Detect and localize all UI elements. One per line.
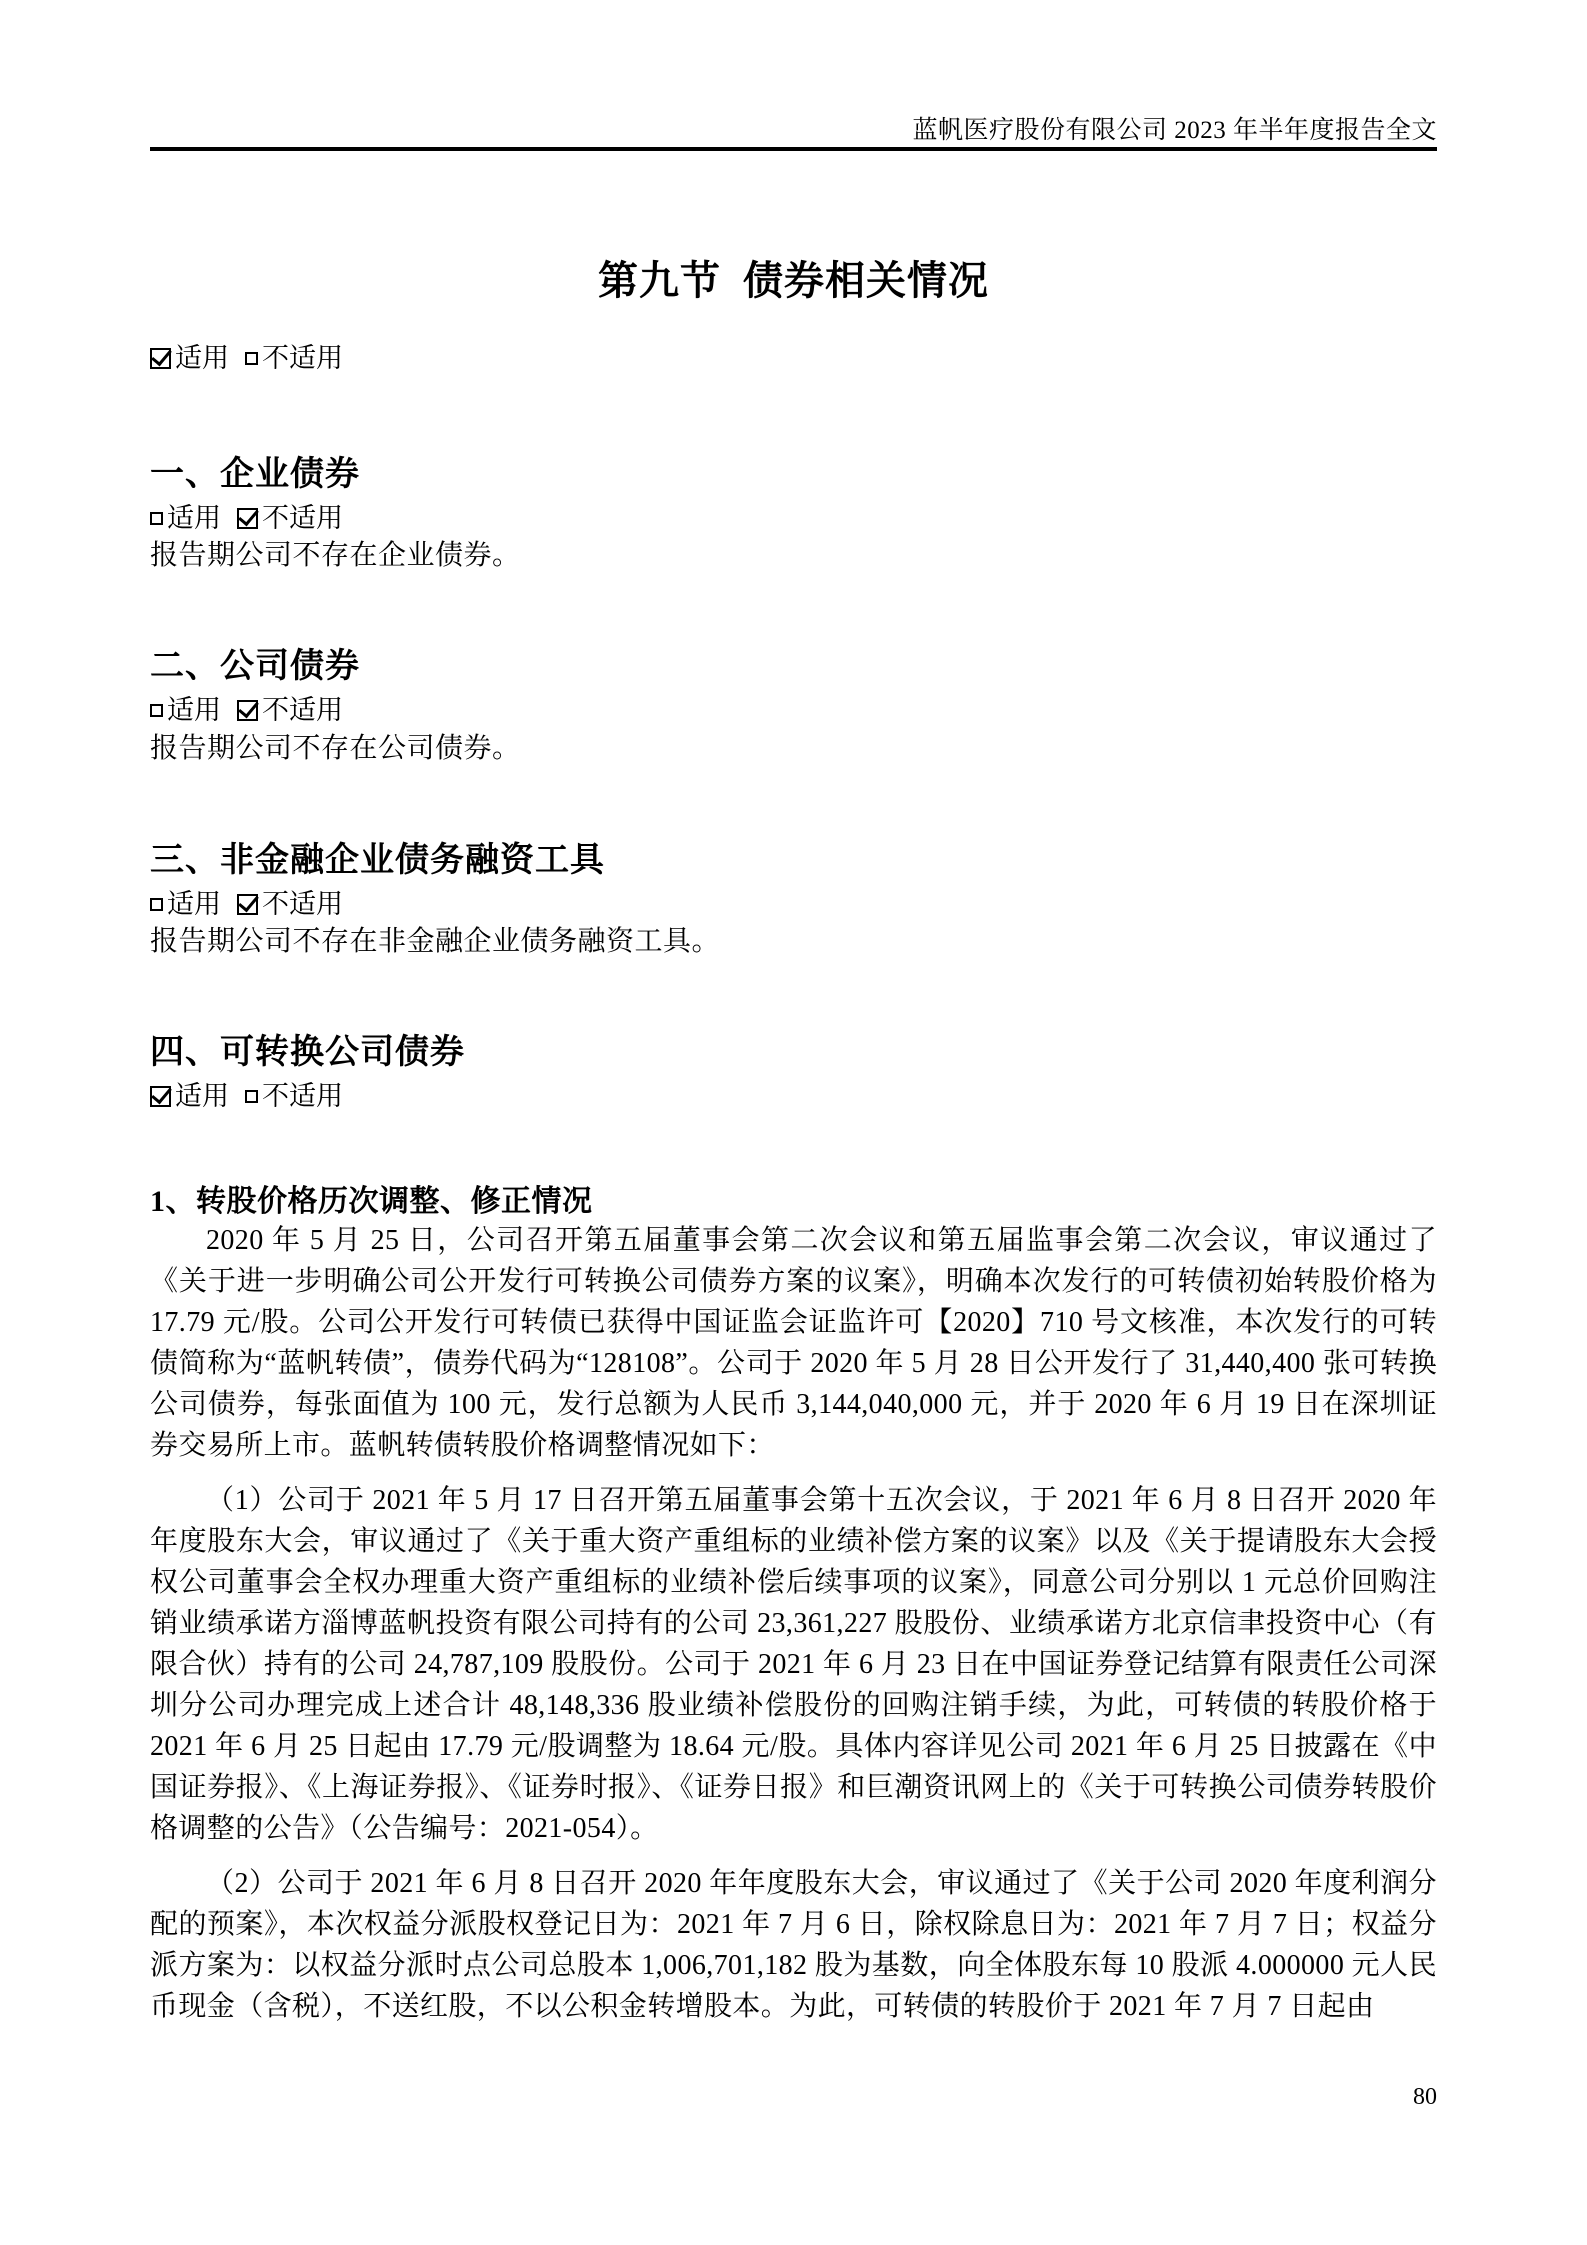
section-body-company-bonds: 报告期公司不存在公司债券。 bbox=[150, 726, 1437, 766]
section-heading-company-bonds: 二、公司债券 bbox=[150, 638, 1437, 687]
section-heading-debt-financing-instruments: 三、非金融企业债务融资工具 bbox=[150, 832, 1437, 881]
checkbox-unchecked-icon bbox=[150, 512, 163, 525]
checkbox-checked-icon bbox=[237, 508, 258, 529]
not-applicable-label: 不适用 bbox=[262, 695, 343, 725]
body-paragraphs: 2020 年 5 月 25 日，公司召开第五届董事会第二次会议和第五届监事会第二… bbox=[150, 1220, 1437, 2027]
applicable-label: 适用 bbox=[175, 1081, 229, 1111]
section-body-corporate-bonds: 报告期公司不存在企业债券。 bbox=[150, 533, 1437, 573]
checkbox-unchecked-icon bbox=[150, 898, 163, 911]
checkbox-checked-icon bbox=[237, 894, 258, 915]
page-number: 80 bbox=[1413, 2084, 1437, 2111]
not-applicable-label: 不适用 bbox=[262, 503, 343, 533]
not-applicable-label: 不适用 bbox=[262, 889, 343, 919]
applicability-line-section4: 适用不适用 bbox=[150, 1074, 1437, 1113]
section-heading-convertible-bonds: 四、可转换公司债券 bbox=[150, 1024, 1437, 1073]
checkbox-checked-icon bbox=[237, 700, 258, 721]
paragraph-adjustment-2: （2）公司于 2021 年 6 月 8 日召开 2020 年年度股东大会，审议通… bbox=[150, 1863, 1437, 2027]
applicable-label: 适用 bbox=[167, 503, 221, 533]
header-rule bbox=[150, 147, 1437, 151]
section-body-debt-financing-instruments: 报告期公司不存在非金融企业债务融资工具。 bbox=[150, 919, 1437, 959]
not-applicable-label: 不适用 bbox=[262, 343, 343, 373]
report-page: 蓝帆医疗股份有限公司 2023 年半年度报告全文 第九节 债券相关情况 适用不适… bbox=[0, 0, 1587, 2245]
checkbox-checked-icon bbox=[150, 348, 171, 369]
applicable-label: 适用 bbox=[167, 889, 221, 919]
checkbox-unchecked-icon bbox=[245, 1090, 258, 1103]
not-applicable-label: 不适用 bbox=[262, 1081, 343, 1111]
checkbox-checked-icon bbox=[150, 1086, 171, 1107]
subsection-heading-conversion-price-adjustments: 1、转股价格历次调整、修正情况 bbox=[150, 1176, 1437, 1220]
section-heading-corporate-bonds: 一、企业债券 bbox=[150, 446, 1437, 495]
applicable-label: 适用 bbox=[167, 695, 221, 725]
applicability-line-section3: 适用不适用 bbox=[150, 882, 1437, 921]
paragraph-adjustment-1: （1）公司于 2021 年 5 月 17 日召开第五届董事会第十五次会议，于 2… bbox=[150, 1480, 1437, 1849]
checkbox-unchecked-icon bbox=[245, 352, 258, 365]
applicability-line-section2: 适用不适用 bbox=[150, 688, 1437, 727]
checkbox-unchecked-icon bbox=[150, 704, 163, 717]
applicability-line-section1: 适用不适用 bbox=[150, 496, 1437, 535]
applicability-line-section9: 适用不适用 bbox=[150, 336, 1437, 375]
page-title: 第九节 债券相关情况 bbox=[150, 249, 1437, 306]
applicable-label: 适用 bbox=[175, 343, 229, 373]
paragraph-issue-overview: 2020 年 5 月 25 日，公司召开第五届董事会第二次会议和第五届监事会第二… bbox=[150, 1220, 1437, 1466]
running-header: 蓝帆医疗股份有限公司 2023 年半年度报告全文 bbox=[912, 110, 1437, 146]
